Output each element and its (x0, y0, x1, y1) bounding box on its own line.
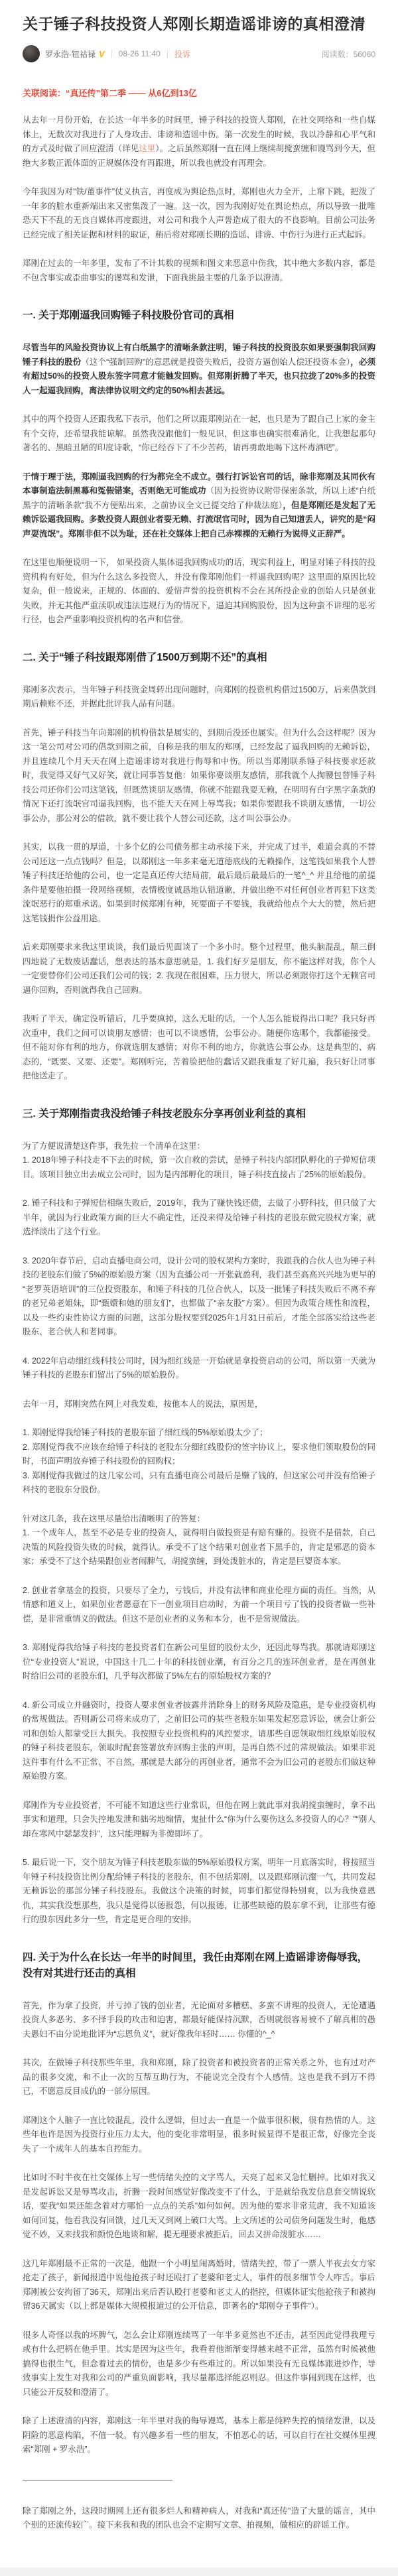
paragraph: 3. 2020年春节后，启动直播电商公司，设计公司的股权架构方案时，我跟我的合伙… (23, 1254, 375, 1340)
paragraph: 2. 锤子科技和子弹短信相继失败后，2019年，我为了赚快钱还债，去做了小野科技… (23, 1196, 375, 1240)
text-run: 除了上述澄清的内容，郑刚这一年半里对我的侮辱谩骂，基本上都是纯粹失控的情绪发泄，… (23, 2416, 375, 2454)
paragraph: 在这里也顺便说明一下， 如果投资人集体逼我回购成功的话，现实利益上，明显对锤子科… (23, 556, 375, 627)
meta-separator (167, 50, 168, 58)
section-heading: 三. 关于郑刚指责我没给锤子科技老股东分享再创业利益的真相 (23, 1106, 375, 1122)
text-run: 4. 新公司成立并融资时，投资人要求创业者披露并消除身上的财务风险及隐患，是专业… (23, 1701, 375, 1781)
paragraph: 去年一月，郑刚突然在网上对我发难，按他本人的说法，原因是， (23, 1397, 375, 1412)
paragraph: 今年我因为对“铁/董事件”仗义执言，再度成为舆论热点时，郑刚也火力全开，上窜下跳… (23, 185, 375, 242)
text-run: 我听了半天，确定没听错后，几乎要疯掉，这么无耻的话，一个人怎么能说得出口呢？我只… (23, 1014, 375, 1080)
text-run: 3. 郑刚觉得我给锤子科技的老投资者们在新公司里留的股份太少，还因此辱骂我。那就… (23, 1643, 375, 1681)
text-run: 这几年郑刚最不正常的一次是，他跟一个小明星闹离婚时，情绪失控，带了一票人半夜去女… (23, 2259, 375, 2311)
report-link[interactable]: 投诉 (174, 48, 190, 60)
text-run: 首先，作为拿了投资，并亏掉了钱的创业者，无论面对多糟糕、多蛮不讲理的投资人，无论… (23, 2001, 375, 2039)
text-run: 其次，在做锤子科技那些年里，我和郑刚，除了投资者和被投资者的正常关系之外，也有过… (23, 2058, 375, 2096)
text-run: 针对这几条，我在这里尽量给出清晰明了的答复： 1. 一个成年人，甚至不必是专业的… (23, 1514, 375, 1567)
paragraph: 针对这几条，我在这里尽量给出清晰明了的答复： 1. 一个成年人，甚至不必是专业的… (23, 1512, 375, 1569)
paragraph: 3. 郑刚觉得我给锤子科技的老投资者们在新公司里留的股份太少，还因此辱骂我。那就… (23, 1641, 375, 1684)
section-heading: 二. 关于“锤子科技跟郑刚借了1500万到期不还”的真相 (23, 650, 375, 666)
text-run: 首先，锤子科技当年向郑刚的机构借款是属实的，到期后没还也属实。但为什么会这样呢？… (23, 728, 375, 823)
text-run: （这个“强制回购”的意思就是投资失败后，投资方逼创始人偿还投资本金） (81, 357, 350, 367)
paragraph: 其中的两个投资人还跟我私下表示，他们之所以跟郑刚站在一起，也只是为了跟自己上家的… (23, 413, 375, 456)
paragraph: 比如时不时半夜在社交媒体上写一些情绪失控的文字骂人，天亮了起来又急忙删掉。比如对… (23, 2171, 375, 2242)
text-run: 在这里也顺便说明一下， 如果投资人集体逼我回购成功的话，现实利益上，明显对锤子科… (23, 558, 375, 624)
text-run: 3. 2020年春节后，启动直播电商公司，设计公司的股权架构方案时，我跟我的合伙… (23, 1256, 375, 1337)
paragraph: 除了郑刚之外，这段时期网上还有很多烂人和精神病人，对我和“真还传”造了大量的谣言… (23, 2504, 375, 2533)
meta-separator (111, 50, 112, 58)
paragraph: 5. 最后说一下，交个朋友为锤子科技老股东做的5%原始股权方案，明年一月底落实时… (23, 1856, 375, 1927)
verified-v-icon: V (99, 49, 105, 59)
article-body: 从去年一月份开始，在长达一年半多的时间里，锤子科技的投资人郑刚，在社交网络和一些… (23, 113, 375, 2550)
paragraph: 郑刚作为专业投资者，不可能不知道这些行业常识，但他在网上就此事对我胡搅蛮缠时，拿… (23, 1799, 375, 1842)
paragraph: 2. 创业者拿基金的投资，只要尽了全力，亏钱后，并没有法律和商业伦理方面的责任。… (23, 1584, 375, 1627)
text-run: 郑刚这个人脑子一直比较混乱，没什么逻辑，但过去一直是一个做事很积极，很有热情的人… (23, 2116, 375, 2154)
paragraph: 为了方便说清楚这件事，我先拉一个清单在这里： 1. 2018年锤子科技走不下去的… (23, 1139, 375, 1183)
text-run: 郑刚作为专业投资者，不可能不知道这些行业常识，但他在网上就此事对我胡搅蛮缠时，拿… (23, 1801, 375, 1838)
inline-link[interactable]: 这里 (139, 144, 155, 153)
text-run: 为了方便说清楚这件事，我先拉一个清单在这里： 1. 2018年锤子科技走不下去的… (23, 1141, 375, 1179)
paragraph: 很多人奇怪以我的坏脾气，怎么会让郑刚连续骂了一年半多竟然也不还击，甚至因此觉得我… (23, 2329, 375, 2400)
paragraph: 我听了半天，确定没听错后，几乎要疯掉，这么无耻的话，一个人怎么能说得出口呢？我只… (23, 1012, 375, 1084)
page-title: 关于锤子科技投资人郑刚长期造谣诽谤的真相澄清 (23, 13, 375, 35)
text-run: 其中的两个投资人还跟我私下表示，他们之所以跟郑刚站在一起，也只是为了跟自己上家的… (23, 415, 375, 452)
paragraph: 其实，以我一贯的厚道，十多个亿的公司债务都主动承接下来，并完成了过半，难道会真的… (23, 840, 375, 926)
post-date: 08-26 11:40 (119, 49, 161, 58)
text-divider (23, 2480, 172, 2480)
paragraph: 这几年郑刚最不正常的一次是，他跟一个小明星闹离婚时，情绪失控，带了一票人半夜去女… (23, 2257, 375, 2314)
paragraph: 尽管当年的风险投资协议上有白纸黑字的清晰条款注明，锤子科技的投资股东如果要强制我… (23, 341, 375, 398)
text-run: 很多人奇怪以我的坏脾气，怎么会让郑刚连续骂了一年半多竟然也不还击，甚至因此觉得我… (23, 2331, 375, 2397)
author-name[interactable]: 罗永浩·钮祜禄 (45, 48, 96, 60)
text-run: 2. 锤子科技和子弹短信相继失败后，2019年，我为了赚快钱还债，去做了小野科技… (23, 1198, 375, 1236)
paragraph: 其次，在做锤子科技那些年里，我和郑刚，除了投资者和被投资者的正常关系之外，也有过… (23, 2056, 375, 2099)
paragraph: 首先，锤子科技当年向郑刚的机构借款是属实的，到期后没还也属实。但为什么会这样呢？… (23, 726, 375, 826)
paragraph: 郑刚在过去的一年多里，发布了不计其数的视频和图文来恶意中伤我，其中绝大多数内容，… (23, 257, 375, 285)
text-run: 5. 最后说一下，交个朋友为锤子科技老股东做的5%原始股权方案，明年一月底落实时… (23, 1858, 375, 1924)
text-run: 4. 2022年启动细红线科技公司时，因为细红线是一开始就是拿投资启动的公司，所… (23, 1356, 375, 1380)
text-run: 其实，以我一贯的厚道，十多个亿的公司债务都主动承接下来，并完成了过半，难道会真的… (23, 842, 375, 923)
paragraph: 首先，作为拿了投资，并亏掉了钱的创业者，无论面对多糟糕、多蛮不讲理的投资人，无论… (23, 1999, 375, 2042)
text-run: 去年一月，郑刚突然在网上对我发难，按他本人的说法，原因是， (23, 1399, 263, 1409)
section-heading: 一. 关于郑刚逼我回购锤子科技股份官司的真相 (23, 308, 375, 324)
text-run: 郑刚多次表示，当年锤子科技资金周转出现问题时，向郑刚的投资机构借过1500万，后… (23, 685, 375, 709)
author-meta-row: 罗永浩·钮祜禄 V 08-26 11:40 投诉 阅读数：56060 (23, 45, 375, 62)
read-count: 阅读数：56060 (322, 48, 375, 60)
paragraph: 郑刚这个人脑子一直比较混乱，没什么逻辑，但过去一直是一个做事很积极，很有热情的人… (23, 2114, 375, 2157)
text-run: 1. 郑刚觉得我给锤子科技的老股东留了细红线的5%原始股太少了； 2. 郑刚觉得… (23, 1428, 375, 1494)
text-run: 比如时不时半夜在社交媒体上写一些情绪失控的文字骂人，天亮了起来又急忙删掉。比如对… (23, 2173, 375, 2239)
footer-strip (0, 2567, 398, 2576)
paragraph: 于情于理于法，郑刚逼我回购的行为都完全不成立。强行打诉讼官司的话，除非郑刚及其同… (23, 470, 375, 542)
text-run: 后来郑刚要求来我这里谈谈，我们最后见面谈了一个多小时。整个过程里，他头脑混乱，颠… (23, 942, 375, 995)
text-run: 今年我因为对“铁/董事件”仗义执言，再度成为舆论热点时，郑刚也火力全开，上窜下跳… (23, 187, 375, 239)
article-page: 关于锤子科技投资人郑刚长期造谣诽谤的真相澄清 罗永浩·钮祜禄 V 08-26 1… (0, 0, 398, 2550)
author-avatar[interactable] (23, 45, 40, 62)
paragraph: 1. 郑刚觉得我给锤子科技的老股东留了细红线的5%原始股太少了； 2. 郑刚觉得… (23, 1426, 375, 1498)
related-reading-link[interactable]: 关联阅读：“真还传”第二季 —— 从6亿到13亿 (23, 86, 375, 99)
section-heading: 四. 关于为什么在长达一年半的时间里，我任由郑刚在网上造谣诽谤侮辱我，没有对其进… (23, 1950, 375, 1982)
text-run: 除了郑刚之外，这段时期网上还有很多烂人和精神病人，对我和“真还传”造了大量的谣言… (23, 2506, 375, 2530)
paragraph: 后来郑刚要求来我这里谈谈，我们最后见面谈了一个多小时。整个过程里，他头脑混乱，颠… (23, 940, 375, 998)
text-run: 2. 创业者拿基金的投资，只要尽了全力，亏钱后，并没有法律和商业伦理方面的责任。… (23, 1586, 375, 1624)
text-run: 郑刚在过去的一年多里，发布了不计其数的视频和图文来恶意中伤我，其中绝大多数内容，… (23, 259, 375, 283)
paragraph: 4. 2022年启动细红线科技公司时，因为细红线是一开始就是拿投资启动的公司，所… (23, 1354, 375, 1383)
paragraph: 除了上述澄清的内容，郑刚这一年半里对我的侮辱谩骂，基本上都是纯粹失控的情绪发泄，… (23, 2414, 375, 2457)
paragraph: 4. 新公司成立并融资时，投资人要求创业者披露并消除身上的财务风险及隐患，是专业… (23, 1699, 375, 1784)
paragraph: 从去年一月份开始，在长达一年半多的时间里，锤子科技的投资人郑刚，在社交网络和一些… (23, 113, 375, 170)
paragraph: 郑刚多次表示，当年锤子科技资金周转出现问题时，向郑刚的投资机构借过1500万，后… (23, 683, 375, 712)
